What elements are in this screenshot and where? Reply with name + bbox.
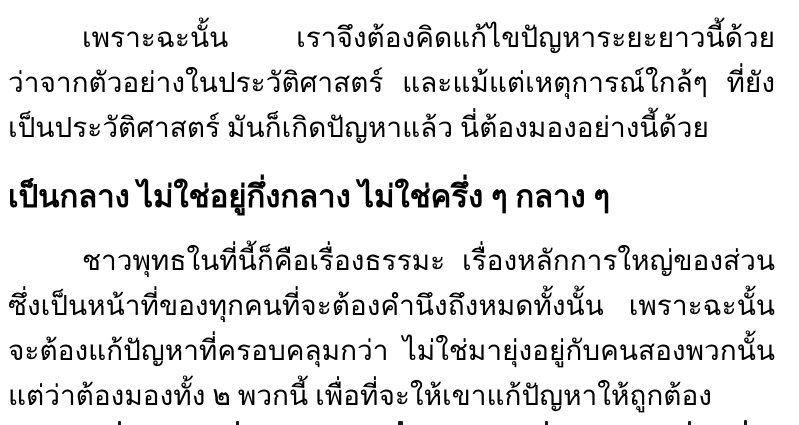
paragraph-1-line-2: ว่าจากตัวอย่างในประวัติศาสตร์ และแม้แต่เ…	[8, 61, 775, 106]
paragraph-1-line-3: เป็นประวัติศาสตร์ มันก็เกิดปัญหาแล้ว นี่…	[8, 106, 775, 151]
paragraph-2-line-3: จะต้องแก้ปัญหาที่ครอบคลุมกว่า ไม่ใช่มายุ…	[8, 329, 775, 374]
paragraph-2-line-1: ชาวพุทธในที่นี้ก็คือเรื่องธรรมะ เรื่องหล…	[8, 239, 775, 284]
clipped-next-line	[0, 419, 799, 425]
section-heading: เป็นกลาง ไม่ใช่อยู่กึ่งกลาง ไม่ใช่ครึ่ง …	[8, 171, 775, 223]
document-page: เพราะฉะนั้น เราจึงต้องคิดแก้ไขปัญหาระยะย…	[0, 0, 799, 425]
paragraph-2-line-2: ซึ่งเป็นหน้าที่ของทุกคนที่จะต้องคำนึงถึง…	[8, 284, 775, 329]
paragraph-2: ชาวพุทธในที่นี้ก็คือเรื่องธรรมะ เรื่องหล…	[8, 239, 775, 419]
paragraph-2-line-4: แต่ว่าต้องมองทั้ง ๒ พวกนี้ เพื่อที่จะให้…	[8, 374, 775, 419]
paragraph-1: เพราะฉะนั้น เราจึงต้องคิดแก้ไขปัญหาระยะย…	[8, 16, 775, 151]
paragraph-1-line-1: เพราะฉะนั้น เราจึงต้องคิดแก้ไขปัญหาระยะย…	[8, 16, 775, 61]
